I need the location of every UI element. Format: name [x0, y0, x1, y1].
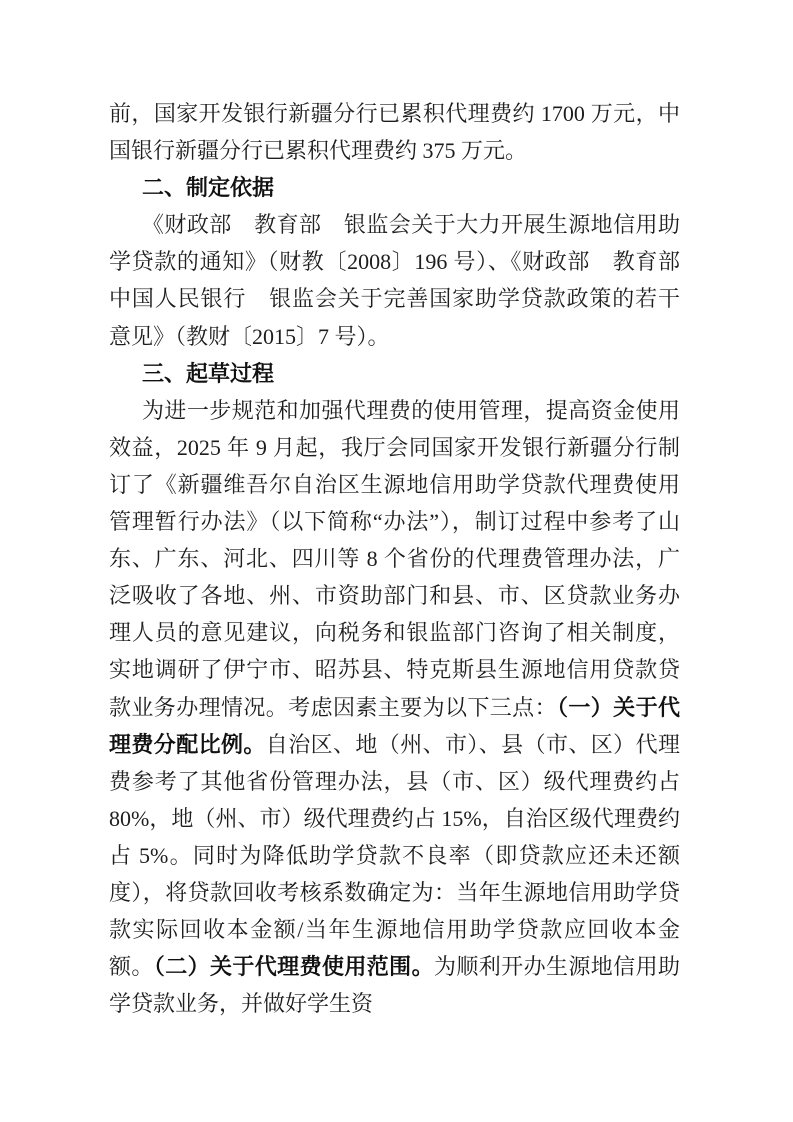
document-body: 前，国家开发银行新疆分行已累积代理费约 1700 万元，中国银行新疆分行已累积代… — [109, 95, 680, 1022]
paragraph-basis: 《财政部 教育部 银监会关于大力开展生源地信用助学贷款的通知》（财教〔2008〕… — [109, 206, 680, 354]
paragraph-process: 为进一步规范和加强代理费的使用管理，提高资金使用效益，2025 年 9 月起，我… — [109, 392, 680, 1023]
process-bold-run-usage-scope: （二）关于代理费使用范围。 — [154, 954, 434, 979]
process-text-run-2: 自治区、地（州、市）、县（市、区）代理费参考了其他省份管理办法，县（市、区）级代… — [109, 732, 680, 980]
paragraph-carryover: 前，国家开发银行新疆分行已累积代理费约 1700 万元，中国银行新疆分行已累积代… — [109, 95, 680, 169]
heading-section-three-process: 三、起草过程 — [109, 355, 680, 392]
process-text-run-1: 为进一步规范和加强代理费的使用管理，提高资金使用效益，2025 年 9 月起，我… — [109, 398, 680, 720]
document-page: 前，国家开发银行新疆分行已累积代理费约 1700 万元，中国银行新疆分行已累积代… — [0, 0, 793, 1122]
heading-section-two-basis: 二、制定依据 — [109, 169, 680, 206]
